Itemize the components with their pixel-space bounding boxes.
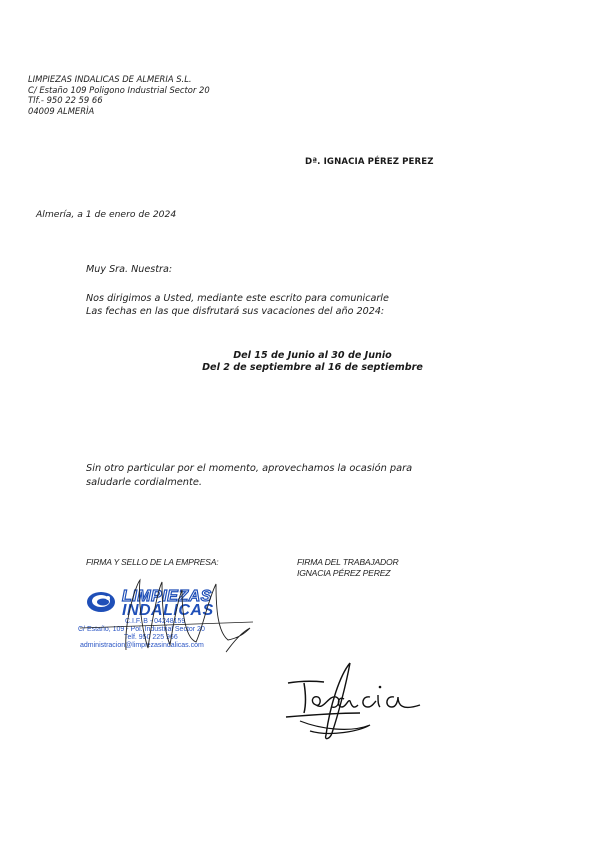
sender-address-block: LIMPIEZAS INDALICAS DE ALMERIA S.L. C/ E… [28,74,210,116]
closing-line: Sin otro particular por el momento, apro… [86,462,412,476]
worker-signature-label: FIRMA DEL TRABAJADOR [297,557,399,568]
sender-phone: Tlf.- 950 22 59 66 [28,95,210,106]
company-stamp: LIMPIEZAS INDÁLICAS C.I.F. B - 04248159 … [78,580,258,660]
worker-name: IGNACIA PÉREZ PEREZ [297,568,399,579]
sender-city: 04009 ALMERÌA [28,106,210,117]
recipient-name: Dª. IGNACIA PÉREZ PEREZ [305,157,434,167]
intro-line: Nos dirigimos a Usted, mediante este esc… [86,293,389,306]
intro-paragraph: Nos dirigimos a Usted, mediante este esc… [86,293,389,318]
vacation-period: Del 15 de Junio al 30 de Junio [0,350,595,362]
closing-line: saludarle cordialmente. [86,476,412,490]
sender-company: LIMPIEZAS INDALICAS DE ALMERIA S.L. [28,74,210,85]
company-signature-scribble [78,560,268,660]
sender-address: C/ Estaño 109 Poligono Industrial Sector… [28,85,210,96]
intro-line: Las fechas en las que disfrutará sus vac… [86,306,389,319]
vacation-periods: Del 15 de Junio al 30 de Junio Del 2 de … [0,350,595,374]
date-line: Almería, a 1 de enero de 2024 [36,209,176,220]
vacation-period: Del 2 de septiembre al 16 de septiembre [0,362,595,374]
worker-signature [280,655,440,745]
closing-paragraph: Sin otro particular por el momento, apro… [86,462,412,490]
worker-signature-label-block: FIRMA DEL TRABAJADOR IGNACIA PÉREZ PEREZ [297,557,399,579]
greeting: Muy Sra. Nuestra: [86,264,172,275]
